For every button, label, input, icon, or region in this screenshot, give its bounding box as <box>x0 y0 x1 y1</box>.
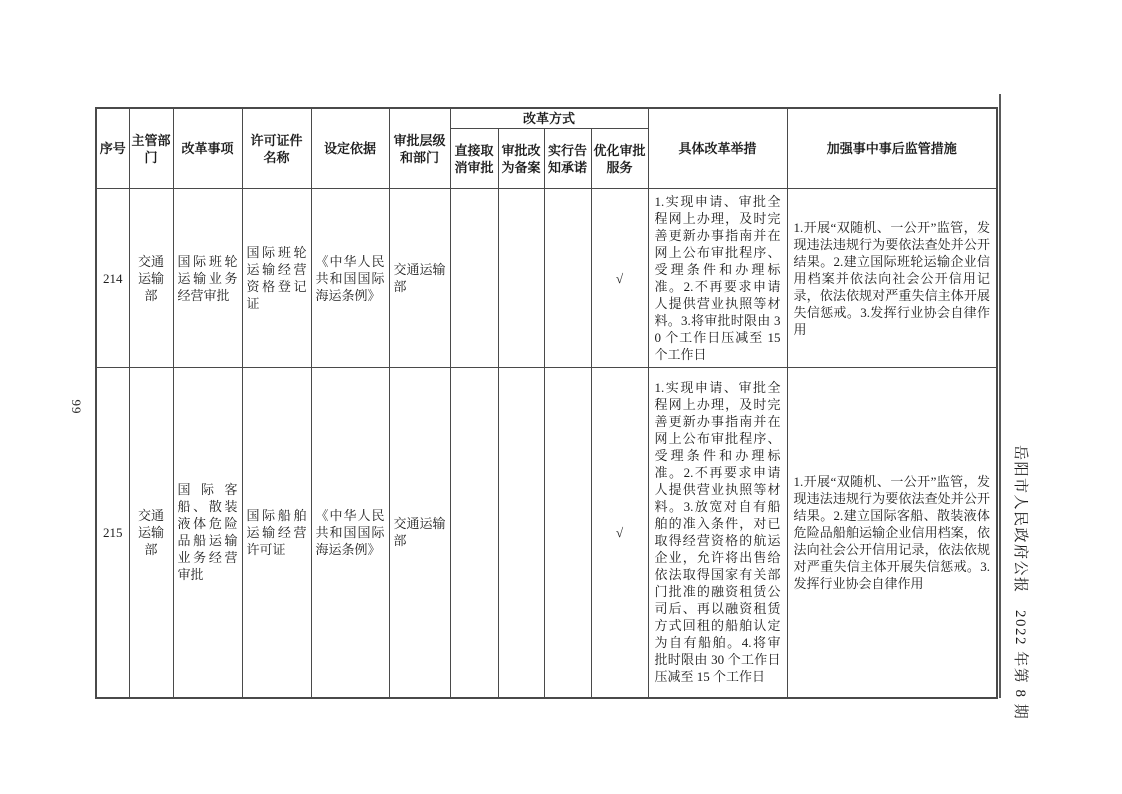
cell-basis: 《中华人民共和国国际海运条例》 <box>311 368 389 698</box>
check-icon: √ <box>616 271 623 286</box>
cell-item: 国际班轮运输业务经营审批 <box>173 189 242 368</box>
cell-notify <box>544 368 591 698</box>
header-optimize: 优化审批服务 <box>591 129 648 189</box>
gazette-title: 岳阳市人民政府公报 2022 年第 8 期 <box>1012 445 1032 707</box>
header-reform-group: 改革方式 <box>450 108 648 129</box>
cell-seq: 214 <box>96 189 129 368</box>
cell-supervision: 1.开展“双随机、一公开”监管，发现违法违规行为要依法查处并公开结果。2.建立国… <box>787 368 997 698</box>
cell-measures: 1.实现申请、审批全程网上办理，及时完善更新办事指南并在网上公布审批程序、受理条… <box>648 189 787 368</box>
cell-cancel <box>450 368 498 698</box>
cell-license: 国际班轮运输经营资格登记证 <box>242 189 311 368</box>
cell-to-record <box>498 368 544 698</box>
cell-license: 国际船舶运输经营许可证 <box>242 368 311 698</box>
header-basis: 设定依据 <box>311 108 389 189</box>
table-row-215: 215 交通运输部 国际客船、散装液体危险品船运输业务经营审批 国际船舶运输经营… <box>96 368 997 698</box>
cell-level: 交通运输部 <box>389 368 450 698</box>
cell-item: 国际客船、散装液体危险品船运输业务经营审批 <box>173 368 242 698</box>
cell-measures: 1.实现申请、审批全程网上办理，及时完善更新办事指南并在网上公布审批程序、受理条… <box>648 368 787 698</box>
cell-seq: 215 <box>96 368 129 698</box>
cell-dept: 交通运输部 <box>129 189 173 368</box>
header-to-record: 审批改为备案 <box>498 129 544 189</box>
right-vertical-rule <box>999 94 1001 698</box>
header-notify: 实行告知承诺 <box>544 129 591 189</box>
header-level: 审批层级和部门 <box>389 108 450 189</box>
check-icon: √ <box>616 525 623 540</box>
table-row-214: 214 交通运输部 国际班轮运输业务经营审批 国际班轮运输经营资格登记证 《中华… <box>96 189 997 368</box>
cell-supervision: 1.开展“双随机、一公开”监管，发现违法违规行为要依法查处并公开结果。2.建立国… <box>787 189 997 368</box>
header-supervision: 加强事中事后监管措施 <box>787 108 997 189</box>
cell-to-record <box>498 189 544 368</box>
header-license: 许可证件名称 <box>242 108 311 189</box>
cell-optimize: √ <box>591 368 648 698</box>
cell-optimize: √ <box>591 189 648 368</box>
cell-cancel <box>450 189 498 368</box>
cell-notify <box>544 189 591 368</box>
header-seq: 序号 <box>96 108 129 189</box>
cell-basis: 《中华人民共和国国际海运条例》 <box>311 189 389 368</box>
reform-items-table: 序号 主管部门 改革事项 许可证件名称 设定依据 审批层级和部门 改革方式 具体… <box>95 107 998 699</box>
header-dept: 主管部门 <box>129 108 173 189</box>
header-item: 改革事项 <box>173 108 242 189</box>
cell-level: 交通运输部 <box>389 189 450 368</box>
header-cancel: 直接取消审批 <box>450 129 498 189</box>
cell-dept: 交通运输部 <box>129 368 173 698</box>
page-number: 99 <box>68 392 84 422</box>
header-measures: 具体改革举措 <box>648 108 787 189</box>
